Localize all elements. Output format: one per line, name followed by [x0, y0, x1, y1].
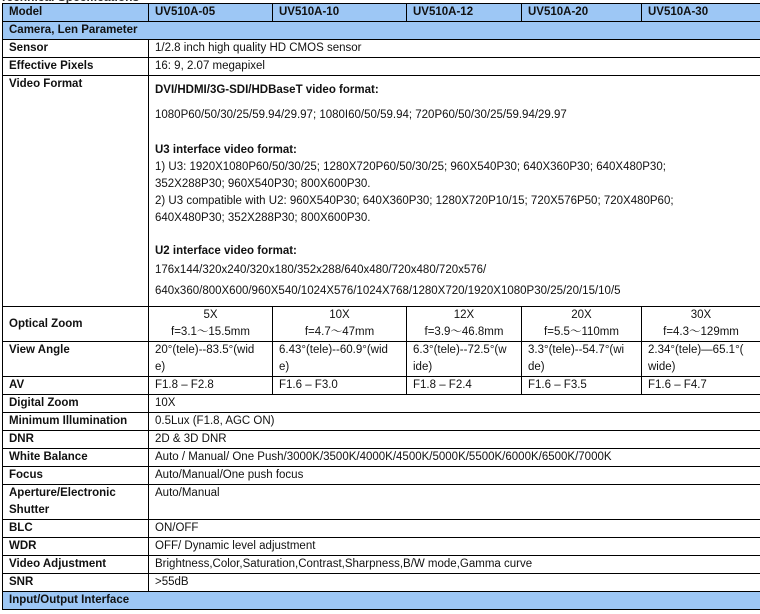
model-col-5: UV510A-30 [642, 4, 760, 22]
row-value: OFF/ Dynamic level adjustment [149, 538, 760, 556]
row-label: Video Adjustment [3, 556, 149, 574]
table-row-video-format: Video Format DVI/HDMI/3G-SDI/HDBaseT vid… [3, 76, 760, 307]
table-row: Video Adjustment Brightness,Color,Satura… [3, 556, 760, 574]
zoom-value: 20X [522, 307, 641, 324]
focal-length: f=4.7～47mm [273, 324, 406, 341]
zoom-value: 10X [273, 307, 406, 324]
focal-length: f=3.1～15.5mm [149, 324, 272, 341]
u3-line: 1) U3: 1920X1080P60/50/30/25; 1280X720P6… [155, 159, 760, 176]
model-label: Model [3, 4, 149, 22]
table-row: Minimum Illumination 0.5Lux (F1.8, AGC O… [3, 413, 760, 431]
section-title: Input/Output Interface [3, 592, 760, 610]
row-label: Minimum Illumination [3, 413, 149, 431]
model-col-3: UV510A-12 [407, 4, 522, 22]
av-cell: F1.6 – F3.5 [522, 377, 642, 395]
zoom-cell: 5Xf=3.1～15.5mm [149, 307, 273, 342]
row-label: Optical Zoom [3, 307, 149, 342]
row-value: 2D & 3D DNR [149, 431, 760, 449]
section-title: Camera, Len Parameter [3, 22, 760, 40]
u3-line: 352X288P30; 960X540P30; 800X600P30. [155, 176, 760, 193]
row-label: WDR [3, 538, 149, 556]
zoom-cell: 30Xf=4.3～129mm [642, 307, 760, 342]
row-value: 10X [149, 395, 760, 413]
row-value: >55dB [149, 574, 760, 592]
row-value: 0.5Lux (F1.8, AGC ON) [149, 413, 760, 431]
row-label: Focus [3, 467, 149, 485]
video-format-value: DVI/HDMI/3G-SDI/HDBaseT video format: 10… [149, 76, 760, 307]
row-value: Auto / Manual/ One Push/3000K/3500K/4000… [149, 449, 760, 467]
row-label: BLC [3, 520, 149, 538]
row-label: Digital Zoom [3, 395, 149, 413]
model-col-1: UV510A-05 [149, 4, 273, 22]
table-row-optical-zoom: Optical Zoom 5Xf=3.1～15.5mm 10Xf=4.7～47m… [3, 307, 760, 342]
zoom-cell: 12Xf=3.9～46.8mm [407, 307, 522, 342]
row-label: Sensor [3, 40, 149, 58]
row-label: White Balance [3, 449, 149, 467]
av-cell: F1.6 – F4.7 [642, 377, 760, 395]
row-value: Brightness,Color,Saturation,Contrast,Sha… [149, 556, 760, 574]
table-row: Aperture/ElectronicShutter Auto/Manual [3, 485, 760, 520]
row-value: Auto/Manual/One push focus [149, 467, 760, 485]
focal-length: f=4.3～129mm [642, 324, 760, 341]
view-angle-cell: 20°(tele)--83.5°(wide) [149, 342, 273, 377]
u3-line: 640X480P30; 352X288P30; 800X600P30. [155, 210, 760, 227]
u2-line: 640x360/800X600/960X540/1024X576/1024X76… [155, 281, 760, 302]
row-value: ON/OFF [149, 520, 760, 538]
row-value: 16: 9, 2.07 megapixel [149, 58, 760, 76]
u3-line: 2) U3 compatible with U2: 960X540P30; 64… [155, 193, 760, 210]
u2-heading: U2 interface video format: [155, 243, 760, 260]
focal-length: f=3.9～46.8mm [407, 324, 521, 341]
row-value: Auto/Manual [149, 485, 760, 520]
u3-heading: U3 interface video format: [155, 142, 760, 159]
row-label: Effective Pixels [3, 58, 149, 76]
section-camera: Camera, Len Parameter [3, 22, 760, 40]
row-label: SNR [3, 574, 149, 592]
focal-length: f=5.5～110mm [522, 324, 641, 341]
table-row: BLC ON/OFF [3, 520, 760, 538]
table-row: Sensor 1/2.8 inch high quality HD CMOS s… [3, 40, 760, 58]
av-cell: F1.6 – F3.0 [273, 377, 407, 395]
table-row-av: AV F1.8 – F2.8 F1.6 – F3.0 F1.8 – F2.4 F… [3, 377, 760, 395]
view-angle-cell: 6.43°(tele)--60.9°(wide) [273, 342, 407, 377]
row-label: View Angle [3, 342, 149, 377]
row-label: Video Format [3, 76, 149, 307]
table-row: Focus Auto/Manual/One push focus [3, 467, 760, 485]
table-row-view-angle: View Angle 20°(tele)--83.5°(wide) 6.43°(… [3, 342, 760, 377]
dvi-line: 1080P60/50/30/25/59.94/29.97; 1080I60/50… [155, 105, 760, 126]
view-angle-cell: 6.3°(tele)--72.5°(wide) [407, 342, 522, 377]
av-cell: F1.8 – F2.8 [149, 377, 273, 395]
u2-line: 176x144/320x240/320x180/352x288/640x480/… [155, 260, 760, 281]
table-row: White Balance Auto / Manual/ One Push/30… [3, 449, 760, 467]
row-label: DNR [3, 431, 149, 449]
zoom-value: 30X [642, 307, 760, 324]
zoom-value: 12X [407, 307, 521, 324]
spec-table: Model UV510A-05 UV510A-10 UV510A-12 UV51… [2, 3, 760, 610]
table-row: WDR OFF/ Dynamic level adjustment [3, 538, 760, 556]
table-row: Digital Zoom 10X [3, 395, 760, 413]
model-col-2: UV510A-10 [273, 4, 407, 22]
table-row: DNR 2D & 3D DNR [3, 431, 760, 449]
table-row: SNR >55dB [3, 574, 760, 592]
row-label: AV [3, 377, 149, 395]
av-cell: F1.8 – F2.4 [407, 377, 522, 395]
zoom-value: 5X [149, 307, 272, 324]
model-col-4: UV510A-20 [522, 4, 642, 22]
model-header-row: Model UV510A-05 UV510A-10 UV510A-12 UV51… [3, 4, 760, 22]
dvi-heading: DVI/HDMI/3G-SDI/HDBaseT video format: [155, 82, 760, 99]
table-row: Effective Pixels 16: 9, 2.07 megapixel [3, 58, 760, 76]
row-value: 1/2.8 inch high quality HD CMOS sensor [149, 40, 760, 58]
view-angle-cell: 3.3°(tele)--54.7°(wide) [522, 342, 642, 377]
section-io: Input/Output Interface [3, 592, 760, 610]
view-angle-cell: 2.34°(tele)—65.1°(wide) [642, 342, 760, 377]
zoom-cell: 10Xf=4.7～47mm [273, 307, 407, 342]
zoom-cell: 20Xf=5.5～110mm [522, 307, 642, 342]
row-label: Aperture/ElectronicShutter [3, 485, 149, 520]
